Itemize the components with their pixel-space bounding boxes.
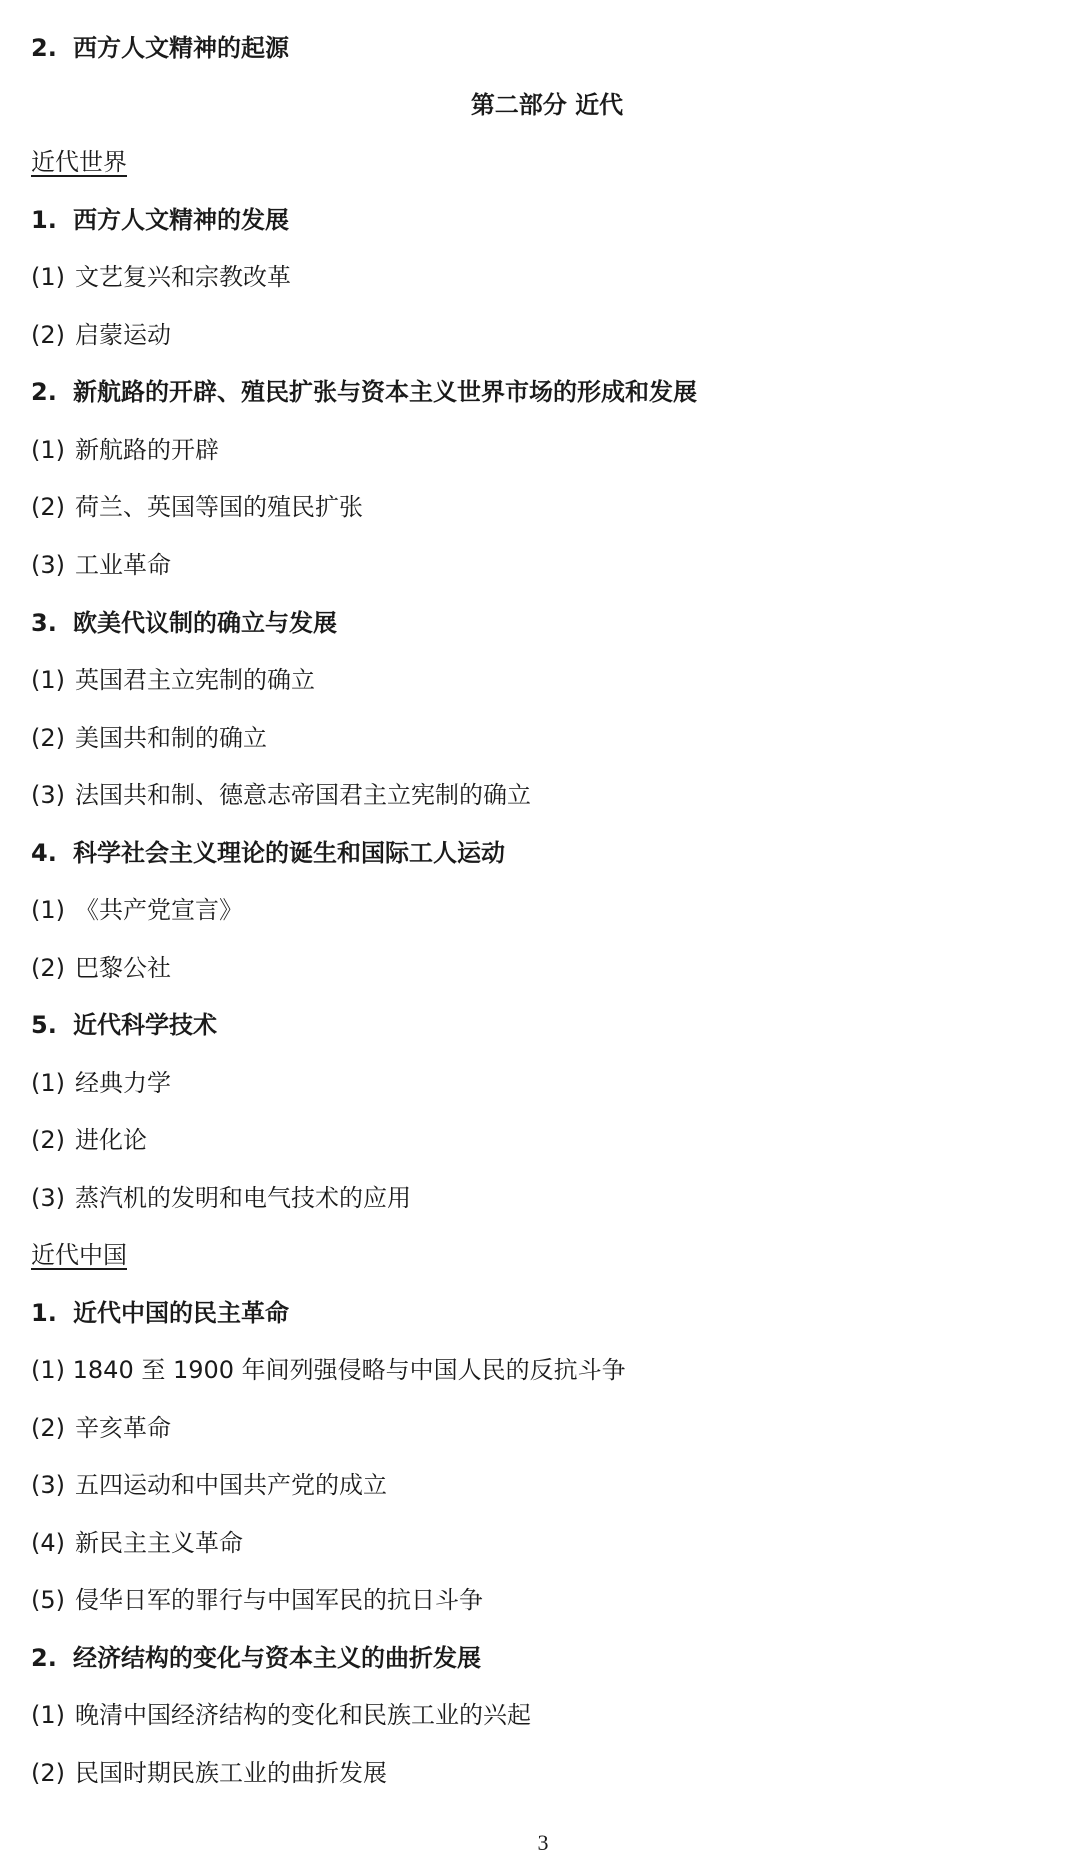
item-number: (2) — [31, 1756, 75, 1790]
item-number: (2) — [31, 1411, 75, 1445]
heading-text: 经济结构的变化与资本主义的曲折发展 — [73, 1644, 481, 1672]
heading-text: 近代科学技术 — [73, 1011, 217, 1039]
item-number: (2) — [31, 318, 75, 352]
page-number: 3 — [0, 1830, 1080, 1856]
heading-text: 西方人文精神的起源 — [73, 34, 289, 62]
item-text: 文艺复兴和宗教改革 — [75, 263, 291, 291]
heading-line: 2.经济结构的变化与资本主义的曲折发展 — [31, 1641, 481, 1675]
item-text: 五四运动和中国共产党的成立 — [75, 1471, 387, 1499]
list-item: (2)美国共和制的确立 — [31, 721, 267, 755]
item-text: 工业革命 — [75, 551, 171, 579]
heading-number: 1. — [31, 1296, 73, 1330]
heading-text: 西方人文精神的发展 — [73, 206, 289, 234]
item-number: (3) — [31, 548, 75, 582]
item-text: 进化论 — [75, 1126, 147, 1154]
item-text: 启蒙运动 — [75, 321, 171, 349]
heading-line: 2.新航路的开辟、殖民扩张与资本主义世界市场的形成和发展 — [31, 375, 697, 409]
item-text: 法国共和制、德意志帝国君主立宪制的确立 — [75, 781, 531, 809]
heading-number: 4. — [31, 836, 73, 870]
heading-line: 3.欧美代议制的确立与发展 — [31, 606, 337, 640]
item-text: 《共产党宣言》 — [75, 896, 243, 924]
item-number: (1) — [31, 433, 75, 467]
item-text: 新航路的开辟 — [75, 436, 219, 464]
list-item: (1)晚清中国经济结构的变化和民族工业的兴起 — [31, 1698, 531, 1732]
list-item: (2)巴黎公社 — [31, 951, 171, 985]
item-text: 1840 至 1900 年间列强侵略与中国人民的反抗斗争 — [73, 1356, 626, 1384]
heading-line: 2.西方人文精神的起源 — [31, 31, 289, 65]
heading-text: 科学社会主义理论的诞生和国际工人运动 — [73, 839, 505, 867]
list-item: (3)五四运动和中国共产党的成立 — [31, 1468, 387, 1502]
item-text: 英国君主立宪制的确立 — [75, 666, 315, 694]
heading-line: 5.近代科学技术 — [31, 1008, 217, 1042]
item-text: 新民主主义革命 — [75, 1529, 243, 1557]
item-number: (1) — [31, 1698, 75, 1732]
item-number: (1) — [31, 893, 75, 927]
item-number: (5) — [31, 1583, 75, 1617]
heading-line: 1.近代中国的民主革命 — [31, 1296, 289, 1330]
list-item: (4)新民主主义革命 — [31, 1526, 243, 1560]
list-item: (2)启蒙运动 — [31, 318, 171, 352]
item-text: 荷兰、英国等国的殖民扩张 — [75, 493, 363, 521]
section-title: 近代中国 — [31, 1238, 127, 1272]
item-number: (2) — [31, 1123, 75, 1157]
heading-line: 1.西方人文精神的发展 — [31, 203, 289, 237]
list-item: (1)文艺复兴和宗教改革 — [31, 260, 291, 294]
heading-line: 4.科学社会主义理论的诞生和国际工人运动 — [31, 836, 505, 870]
item-number: (3) — [31, 1468, 75, 1502]
list-item: (1)英国君主立宪制的确立 — [31, 663, 315, 697]
item-number: (1) — [31, 663, 75, 697]
item-number: (3) — [31, 778, 75, 812]
list-item: (3)工业革命 — [31, 548, 171, 582]
list-item: (2)荷兰、英国等国的殖民扩张 — [31, 490, 363, 524]
heading-number: 3. — [31, 606, 73, 640]
heading-text: 新航路的开辟、殖民扩张与资本主义世界市场的形成和发展 — [73, 378, 697, 406]
item-number: (1) — [31, 1356, 65, 1384]
item-text: 晚清中国经济结构的变化和民族工业的兴起 — [75, 1701, 531, 1729]
list-item: (1)新航路的开辟 — [31, 433, 219, 467]
item-number: (1) — [31, 260, 75, 294]
list-item: (3)蒸汽机的发明和电气技术的应用 — [31, 1181, 411, 1215]
item-number: (4) — [31, 1526, 75, 1560]
item-number: (3) — [31, 1181, 75, 1215]
list-item: (1) 1840 至 1900 年间列强侵略与中国人民的反抗斗争 — [31, 1353, 626, 1387]
part-title: 第二部分 近代 — [0, 88, 1080, 122]
heading-text: 近代中国的民主革命 — [73, 1299, 289, 1327]
item-number: (1) — [31, 1066, 75, 1100]
item-text: 美国共和制的确立 — [75, 724, 267, 752]
heading-number: 1. — [31, 203, 73, 237]
list-item: (2)民国时期民族工业的曲折发展 — [31, 1756, 387, 1790]
item-number: (2) — [31, 951, 75, 985]
item-text: 辛亥革命 — [75, 1414, 171, 1442]
heading-number: 2. — [31, 375, 73, 409]
item-text: 民国时期民族工业的曲折发展 — [75, 1759, 387, 1787]
list-item: (1)《共产党宣言》 — [31, 893, 243, 927]
item-number: (2) — [31, 490, 75, 524]
item-text: 侵华日军的罪行与中国军民的抗日斗争 — [75, 1586, 483, 1614]
list-item: (2)辛亥革命 — [31, 1411, 171, 1445]
section-title: 近代世界 — [31, 145, 127, 179]
list-item: (3)法国共和制、德意志帝国君主立宪制的确立 — [31, 778, 531, 812]
list-item: (1)经典力学 — [31, 1066, 171, 1100]
heading-number: 2. — [31, 1641, 73, 1675]
item-number: (2) — [31, 721, 75, 755]
heading-number: 5. — [31, 1008, 73, 1042]
item-text: 蒸汽机的发明和电气技术的应用 — [75, 1184, 411, 1212]
heading-text: 欧美代议制的确立与发展 — [73, 609, 337, 637]
list-item: (2)进化论 — [31, 1123, 147, 1157]
item-text: 巴黎公社 — [75, 954, 171, 982]
heading-number: 2. — [31, 31, 73, 65]
item-text: 经典力学 — [75, 1069, 171, 1097]
list-item: (5)侵华日军的罪行与中国军民的抗日斗争 — [31, 1583, 483, 1617]
